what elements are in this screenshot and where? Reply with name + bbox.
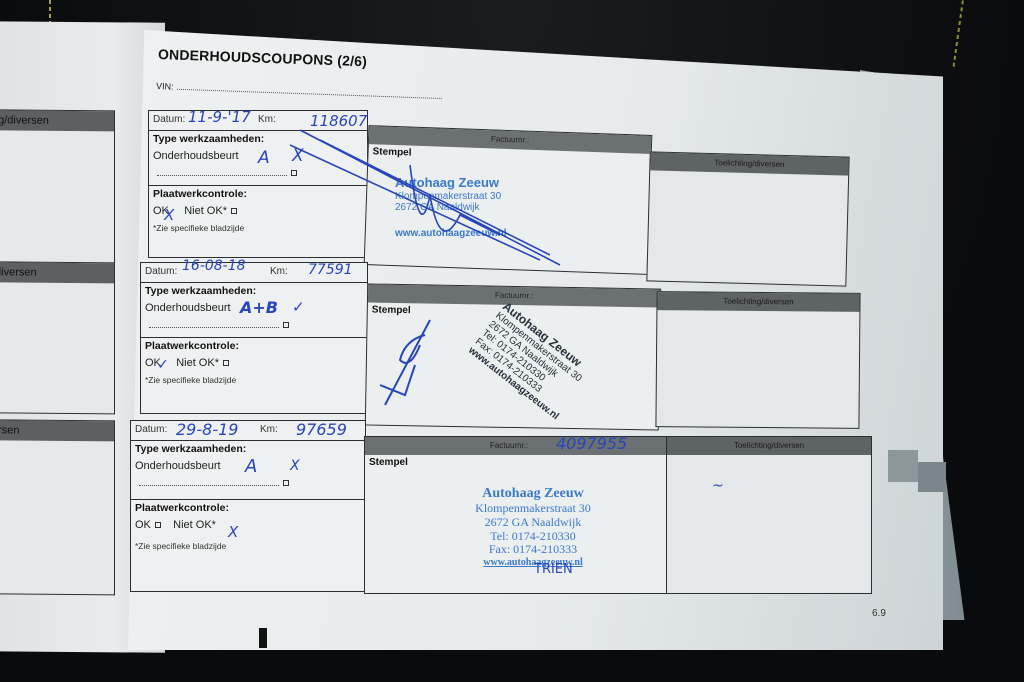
ok-label: OK — [135, 519, 151, 531]
not-ok-label: Niet OK* — [184, 205, 227, 217]
coupon-2-remarks-box: Toelichting/diversen — [655, 291, 860, 429]
km-label: Km: — [258, 114, 276, 125]
checkbox — [155, 522, 161, 528]
remarks-header: Toelichting/diversen — [657, 292, 859, 312]
checkbox — [283, 480, 289, 486]
remarks-header: Toelichting/diversen — [650, 152, 848, 175]
left-remarks-header: ng/diversen — [0, 110, 114, 131]
handwritten-remark: ~ — [712, 478, 724, 494]
not-ok-label: Niet OK* — [176, 357, 219, 369]
stamp-tel: Tel: 0174-210330 — [458, 530, 608, 544]
coupon-3-details: Datum: Km: Type werkzaamheden: Onderhoud… — [130, 420, 366, 592]
coupon-3-remarks-box: Toelichting/diversen — [666, 436, 872, 594]
coupon-2-details: Datum: Km: Type werkzaamheden: Onderhoud… — [140, 262, 368, 414]
handwritten-ok-mark: X — [164, 206, 174, 224]
handwritten-not-ok-mark: X — [228, 523, 238, 541]
bodywork-heading: Plaatwerkcontrole: — [131, 500, 365, 514]
vin-label: VIN: — [156, 81, 174, 92]
left-remarks-header: ersen — [0, 420, 114, 441]
handwritten-km: 77591 — [308, 262, 353, 278]
handwritten-date: 29-8-19 — [176, 420, 238, 439]
handwritten-date: 11-9-'17 — [188, 108, 251, 126]
stamp-dealer-name: Autohaag Zeeuw — [458, 486, 608, 502]
stamp-city: 2672 GA Naaldwijk — [458, 516, 608, 530]
left-remarks-header: /diversen — [0, 262, 114, 283]
stamp-street: Klompenmakerstraat 30 — [458, 502, 608, 516]
dotted-line — [139, 485, 279, 486]
stamp-fax: Fax: 0174-210333 — [458, 543, 608, 557]
page-number: 6.9 — [872, 608, 886, 619]
handwritten-service-type: A — [245, 456, 257, 477]
note-text: *Zie specifieke bladzijde — [141, 369, 367, 385]
left-remarks-box-1: ng/diversen — [0, 109, 115, 265]
km-label: Km: — [260, 424, 278, 435]
handwritten-check: X — [290, 458, 300, 474]
checkbox — [283, 322, 289, 328]
dealer-stamp: Autohaag Zeeuw Klompenmakerstraat 30 267… — [458, 486, 608, 569]
coupon-1-remarks-box: Toelichting/diversen — [646, 151, 849, 286]
work-type-heading: Type werkzaamheden: — [131, 441, 365, 455]
handwritten-service-type: A+B — [240, 298, 278, 317]
date-label: Datum: — [135, 424, 167, 435]
work-type-heading: Type werkzaamheden: — [141, 283, 367, 297]
checkbox — [231, 208, 237, 214]
handwritten-invoice-number: 4097955 — [556, 434, 627, 453]
not-ok-label: Niet OK* — [173, 519, 216, 531]
handwritten-date: 16-08-18 — [182, 258, 246, 274]
section-tab — [918, 462, 946, 492]
note-text: *Zie specifieke bladzijde — [131, 531, 365, 551]
bodywork-options: OK Niet OK* — [131, 514, 365, 531]
date-label: Datum: — [145, 266, 177, 277]
km-label: Km: — [270, 266, 288, 277]
signature-scribble-icon — [260, 125, 570, 275]
dotted-line — [149, 327, 279, 328]
bodywork-heading: Plaatwerkcontrole: — [141, 338, 367, 352]
handwritten-check: ✓ — [292, 298, 305, 316]
handwritten-signature: TRIEN — [534, 562, 573, 577]
stamp-label: Stempel — [369, 457, 408, 468]
left-remarks-box-2: /diversen — [0, 261, 115, 414]
remarks-header: Toelichting/diversen — [667, 437, 871, 455]
handwritten-ok-mark: ✓ — [157, 357, 169, 373]
date-label: Datum: — [153, 114, 185, 125]
left-remarks-box-3: ersen — [0, 419, 115, 595]
checkbox — [223, 360, 229, 366]
handwritten-km: 97659 — [296, 420, 347, 439]
bookmark-tab — [259, 628, 267, 648]
bodywork-options: OK Niet OK* — [141, 352, 367, 369]
signature-scribble-icon — [375, 315, 435, 410]
stamp-website: www.autohaagzeeuw.nl — [458, 557, 608, 569]
section-tab — [888, 450, 918, 482]
